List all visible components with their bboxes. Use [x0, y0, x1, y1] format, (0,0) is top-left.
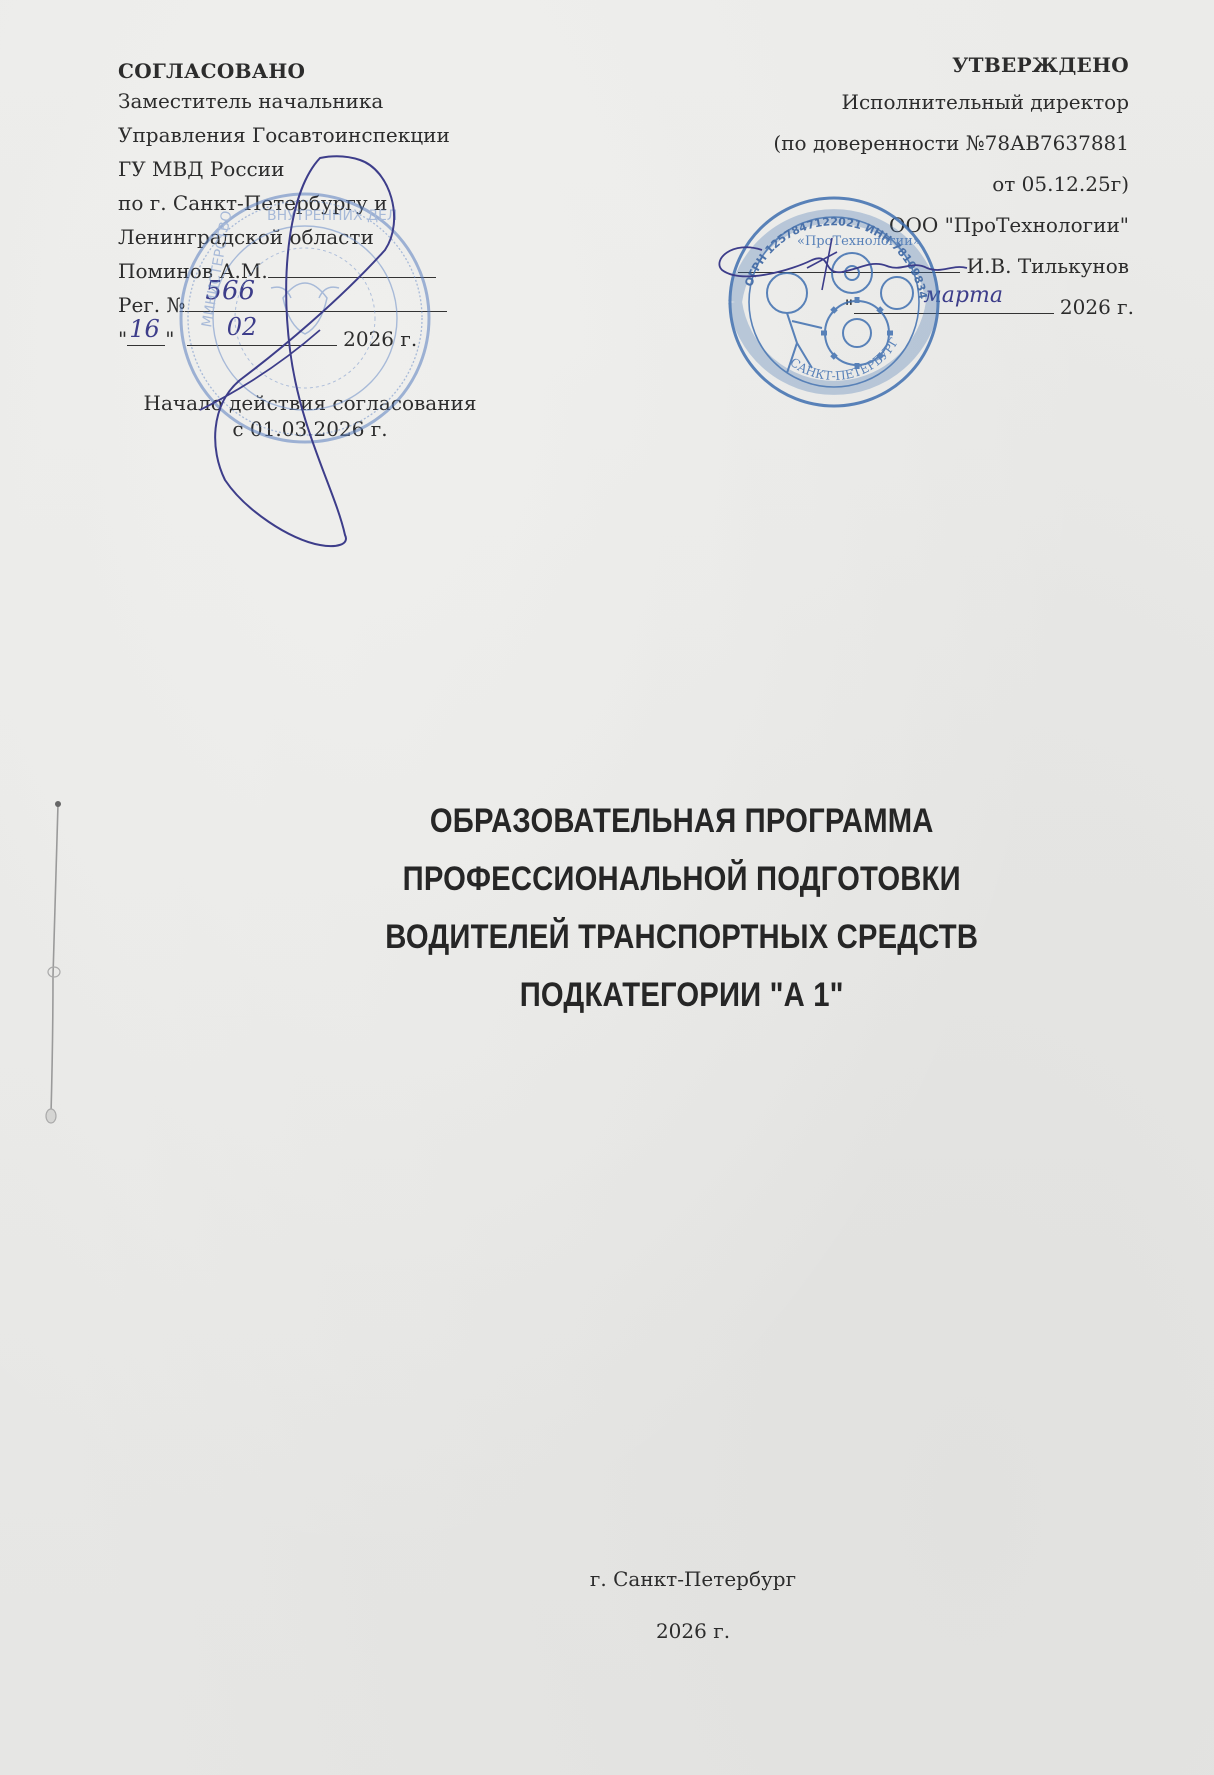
date-year: 2026 г.	[1060, 295, 1134, 319]
document-footer: г. Санкт-Петербург 2026 г.	[0, 1564, 1214, 1668]
date-month-handwritten: марта	[924, 281, 1003, 310]
approved-signer-row: И.В. Тилькунов	[674, 252, 1144, 281]
reg-label: Рег. №	[118, 293, 185, 317]
signature-line	[268, 259, 436, 278]
agreed-position-line: Управления Госавтоинспекции	[118, 121, 518, 150]
approved-power-of-attorney: (по доверенности №78АВ7637881	[674, 129, 1144, 158]
document-page: СОГЛАСОВАНО Заместитель начальника Управ…	[0, 0, 1214, 1775]
date-day-line: 16	[127, 329, 165, 346]
agreed-date-row: " 16 " 02 2026 г.	[118, 325, 518, 354]
agreed-heading: СОГЛАСОВАНО	[118, 56, 518, 86]
date-day-handwritten: 16	[129, 315, 160, 344]
approved-date-row: " марта 2026 г.	[674, 293, 1144, 322]
approved-heading: УТВЕРЖДЕНО	[674, 50, 1144, 80]
approved-power-of-attorney-date: от 05.12.25г)	[674, 170, 1144, 199]
validity-date: с 01.03.2026 г.	[118, 416, 502, 442]
title-line: ВОДИТЕЛЕЙ ТРАНСПОРТНЫХ СРЕДСТВ	[95, 908, 1139, 966]
title-line: ПРОФЕССИОНАЛЬНОЙ ПОДГОТОВКИ	[95, 850, 1139, 908]
approved-position: Исполнительный директор	[674, 88, 1144, 117]
approved-organization: ООО "ПроТехнологии"	[674, 211, 1144, 240]
date-year: 2026 г.	[343, 327, 417, 351]
validity-start: Начало действия согласования с 01.03.202…	[118, 390, 502, 442]
date-month-handwritten: 02	[227, 313, 258, 342]
agreed-position-line: по г. Санкт-Петербургу и	[118, 189, 518, 218]
agreed-block: СОГЛАСОВАНО Заместитель начальника Управ…	[118, 56, 518, 442]
title-line: ОБРАЗОВАТЕЛЬНАЯ ПРОГРАММА	[95, 792, 1139, 850]
footer-year: 2026 г.	[172, 1616, 1214, 1646]
stamp-bottom-text: САНКТ-ПЕТЕРБУРГ	[787, 335, 901, 383]
document-title: ОБРАЗОВАТЕЛЬНАЯ ПРОГРАММА ПРОФЕССИОНАЛЬН…	[95, 792, 1139, 1024]
agreed-position-line: ГУ МВД России	[118, 155, 518, 184]
approved-block: УТВЕРЖДЕНО Исполнительный директор (по д…	[674, 50, 1144, 334]
agreed-reg-row: Рег. № 566	[118, 291, 518, 320]
date-month-line: марта	[854, 295, 1054, 314]
title-line: ПОДКАТЕГОРИИ "А 1"	[95, 966, 1139, 1024]
reg-number-line: 566	[185, 293, 447, 312]
agreed-position-line: Ленинградской области	[118, 223, 518, 252]
svg-text:САНКТ-ПЕТЕРБУРГ: САНКТ-ПЕТЕРБУРГ	[787, 335, 901, 383]
binding-thread-icon	[40, 796, 70, 1126]
signature-line	[738, 254, 960, 273]
date-quote: "	[844, 295, 853, 319]
reg-number-handwritten: 566	[205, 277, 255, 306]
validity-label: Начало действия согласования	[118, 390, 502, 416]
date-quote: "	[118, 327, 127, 351]
date-quote: "	[165, 327, 174, 351]
agreed-signer-row: Поминов А.М.	[118, 257, 518, 286]
footer-city: г. Санкт-Петербург	[172, 1564, 1214, 1594]
date-month-line: 02	[187, 327, 337, 346]
agreed-position-line: Заместитель начальника	[118, 87, 518, 116]
approved-signer-name: И.В. Тилькунов	[967, 254, 1129, 278]
